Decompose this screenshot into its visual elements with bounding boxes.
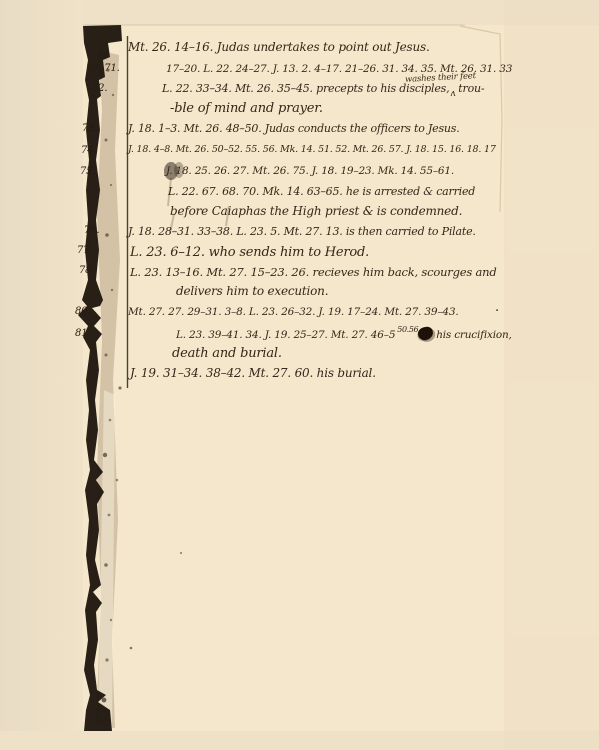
table-line: J. 19. 31–34. 38–42. Mt. 27. 60. his bur… bbox=[130, 366, 376, 380]
margin-number: 72. bbox=[92, 83, 107, 94]
photo-margin-left bbox=[0, 0, 83, 750]
table-line-text: L. 23. 39–41. 34. J. 19. 25–27. Mt. 27. … bbox=[176, 329, 395, 341]
table-line-text: trou- bbox=[458, 82, 484, 95]
margin-number: 78. bbox=[79, 265, 94, 276]
table-line: L. 23. 13–16. Mt. 27. 15–23. 26. recieve… bbox=[130, 265, 497, 279]
table-line: Mt. 26. 14–16. Judas undertakes to point… bbox=[128, 40, 430, 54]
margin-number: 73. bbox=[82, 123, 97, 134]
margin-number: 70. 71. bbox=[86, 63, 120, 74]
binding-light-strip bbox=[98, 390, 115, 728]
margin-number: 76. bbox=[84, 225, 99, 236]
binding-speckle-band bbox=[96, 50, 120, 728]
table-line: J. 18. 1–3. Mt. 26. 48–50. Judas conduct… bbox=[128, 122, 460, 135]
ink-blot bbox=[417, 326, 434, 341]
table-line: J. 18. 25. 26. 27. Mt. 26. 75. J. 18. 19… bbox=[166, 165, 454, 177]
margin-number: 80. bbox=[75, 306, 90, 317]
table-line-text: his crucifixion, bbox=[436, 329, 512, 341]
table-line: Mt. 27. 27. 29–31. 3–8. L. 23. 26–32. J.… bbox=[128, 306, 459, 318]
margin-number: 77. bbox=[77, 245, 92, 256]
table-line-with-blot: L. 23. 39–41. 34. J. 19. 25–27. Mt. 27. … bbox=[176, 327, 512, 341]
margin-number: 74. bbox=[81, 145, 96, 156]
superscript-correction: 50.56 bbox=[397, 325, 418, 334]
photo-margin-right bbox=[504, 0, 599, 750]
margin-number: 75. bbox=[80, 166, 95, 177]
table-line: L. 23. 6–12. who sends him to Herod. bbox=[130, 245, 369, 260]
table-line: before Caiaphas the High priest & is con… bbox=[170, 204, 462, 218]
stray-ink-dot: . bbox=[495, 300, 499, 315]
margin-number: 81. bbox=[75, 328, 90, 339]
table-line-with-insertion: L. 22. 33–34. Mt. 26. 35–45. precepts to… bbox=[162, 82, 484, 99]
table-line: delivers him to execution. bbox=[176, 284, 328, 298]
table-line: death and burial. bbox=[172, 346, 282, 361]
table-line: -ble of mind and prayer. bbox=[170, 101, 323, 116]
table-line: L. 22. 67. 68. 70. Mk. 14. 63–65. he is … bbox=[168, 185, 475, 198]
table-line: J. 18. 4–8. Mt. 26. 50–52. 55. 56. Mk. 1… bbox=[128, 144, 496, 155]
table-line: J. 18. 28–31. 33–38. L. 23. 5. Mt. 27. 1… bbox=[128, 225, 476, 238]
caret-mark: ʌ bbox=[450, 89, 455, 99]
manuscript-page-scan: 70. 71. 72. 73. 74. 75. 76. 77. 78. 80. … bbox=[0, 0, 599, 750]
toner-speckles bbox=[102, 68, 182, 702]
